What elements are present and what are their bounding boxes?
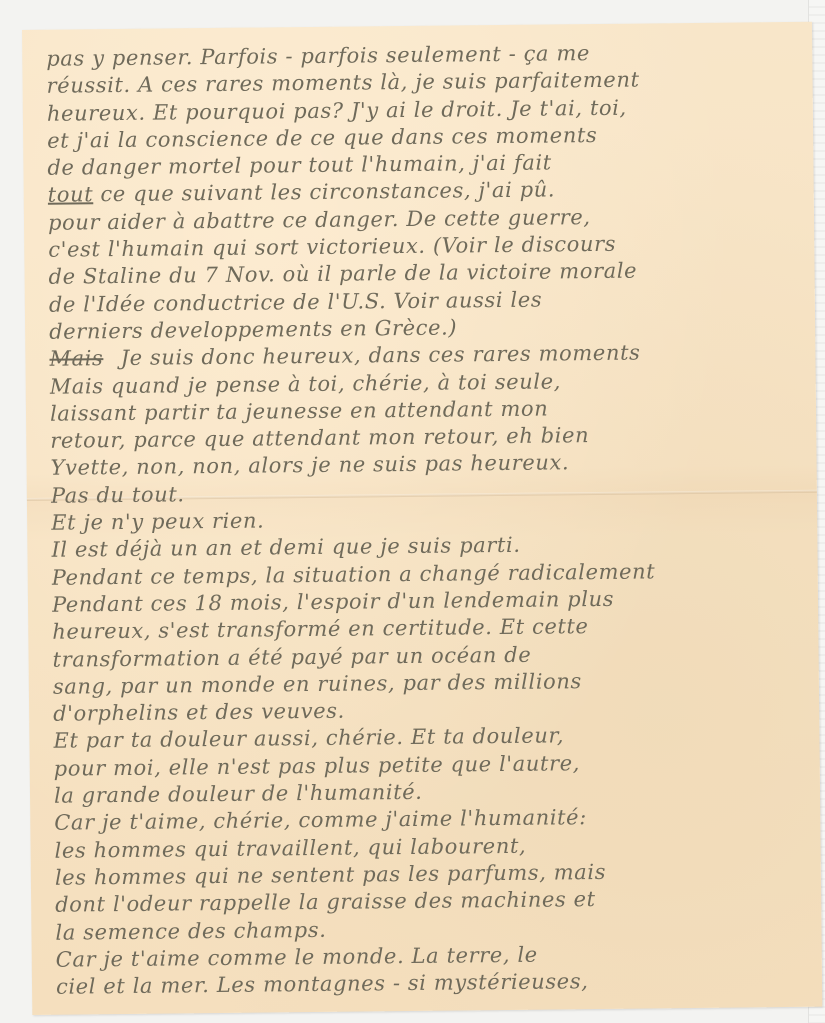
- line-text: de l'Idée conductrice de l'U.S. Voir aus…: [49, 287, 543, 316]
- line-text: ce que suivant les circonstances, j'ai p…: [93, 178, 555, 207]
- crossed-out-word: Mais: [49, 346, 103, 371]
- line-text: dont l'odeur rappelle la graisse des mac…: [55, 887, 596, 917]
- line-text: de Staline du 7 Nov. où il parle de la v…: [48, 259, 637, 289]
- underlined-word: tout: [48, 183, 94, 207]
- line-text: Je suis donc heureux, dans ces rares mom…: [113, 341, 640, 371]
- letter-body: pas y penser. Parfois - parfois seulemen…: [46, 38, 825, 1001]
- line-text: heureux, s'est transformé en certitude. …: [52, 614, 588, 644]
- line-text: heureux. Et pourquoi pas? J'y ai le droi…: [47, 95, 627, 125]
- line-text: laissant partir ta jeunesse en attendant…: [50, 396, 549, 425]
- line-text: les hommes qui ne sentent pas les parfum…: [55, 860, 606, 890]
- line-text: Pendant ce temps, la situation a changé …: [52, 559, 656, 589]
- letter-page: pas y penser. Parfois - parfois seulemen…: [22, 22, 822, 1015]
- line-text: les hommes qui travaillent, qui labouren…: [54, 833, 526, 862]
- line-text: derniers developpements en Grèce.): [49, 315, 457, 343]
- line-text: Car je t'aime comme le monde. La terre, …: [56, 942, 538, 971]
- line-text: de danger mortel pour tout l'humain, j'a…: [47, 151, 552, 180]
- line-text: Il est déjà un an et demi que je suis pa…: [51, 533, 520, 562]
- line-text: pas y penser. Parfois - parfois seulemen…: [46, 41, 590, 71]
- line-text: Mais quand je pense à toi, chérie, à toi…: [50, 369, 561, 398]
- line-text: Et par ta douleur aussi, chérie. Et ta d…: [53, 724, 564, 753]
- line-text: retour, parce que attendant mon retour, …: [50, 423, 589, 453]
- line-text: Et je n'y peux rien.: [51, 509, 264, 535]
- line-text: c'est l'humain qui sort victorieux. (Voi…: [48, 232, 616, 262]
- line-text: réussit. A ces rares moments là, je suis…: [46, 68, 639, 98]
- line-text: pour aider à abattre ce danger. De cette…: [48, 205, 591, 235]
- line-text: et j'ai la conscience de ce que dans ces…: [47, 123, 597, 153]
- line-text: Pendant ces 18 mois, l'espoir d'un lende…: [52, 587, 614, 617]
- line-text: Yvette, non, non, alors je ne suis pas h…: [50, 451, 569, 480]
- line-text: sang, par un monde en ruines, par des mi…: [53, 669, 582, 699]
- line-text: d'orphelins et des veuves.: [53, 699, 345, 726]
- line-text: la grande douleur de l'humanité.: [54, 780, 423, 808]
- line-text: Car je t'aime, chérie, comme j'aime l'hu…: [54, 805, 587, 835]
- line-text: Pas du tout.: [51, 482, 185, 507]
- line-text: ciel et la mer. Les montagnes - si mysté…: [56, 969, 589, 999]
- line-text: pour moi, elle n'est pas plus petite que…: [54, 751, 580, 781]
- line-text: transformation a été payé par un océan d…: [52, 642, 531, 671]
- line-text: la semence des champs.: [55, 917, 326, 944]
